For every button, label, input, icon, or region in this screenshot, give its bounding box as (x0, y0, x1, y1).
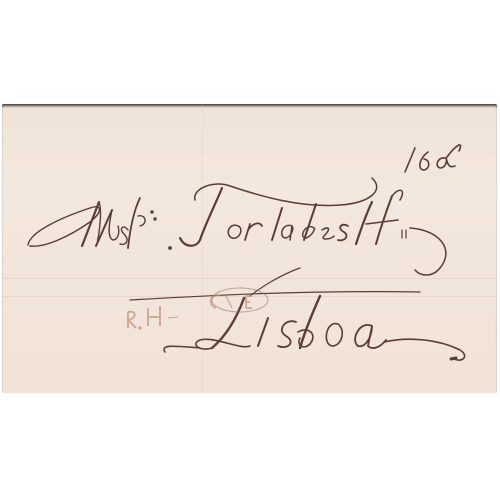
city-glyphs (164, 296, 465, 360)
flourish (130, 268, 420, 300)
addressee-glyphs (180, 178, 446, 275)
rate-marking-glyphs (405, 145, 461, 172)
handwriting-layer (0, 0, 500, 500)
salutation-glyphs (28, 198, 171, 249)
